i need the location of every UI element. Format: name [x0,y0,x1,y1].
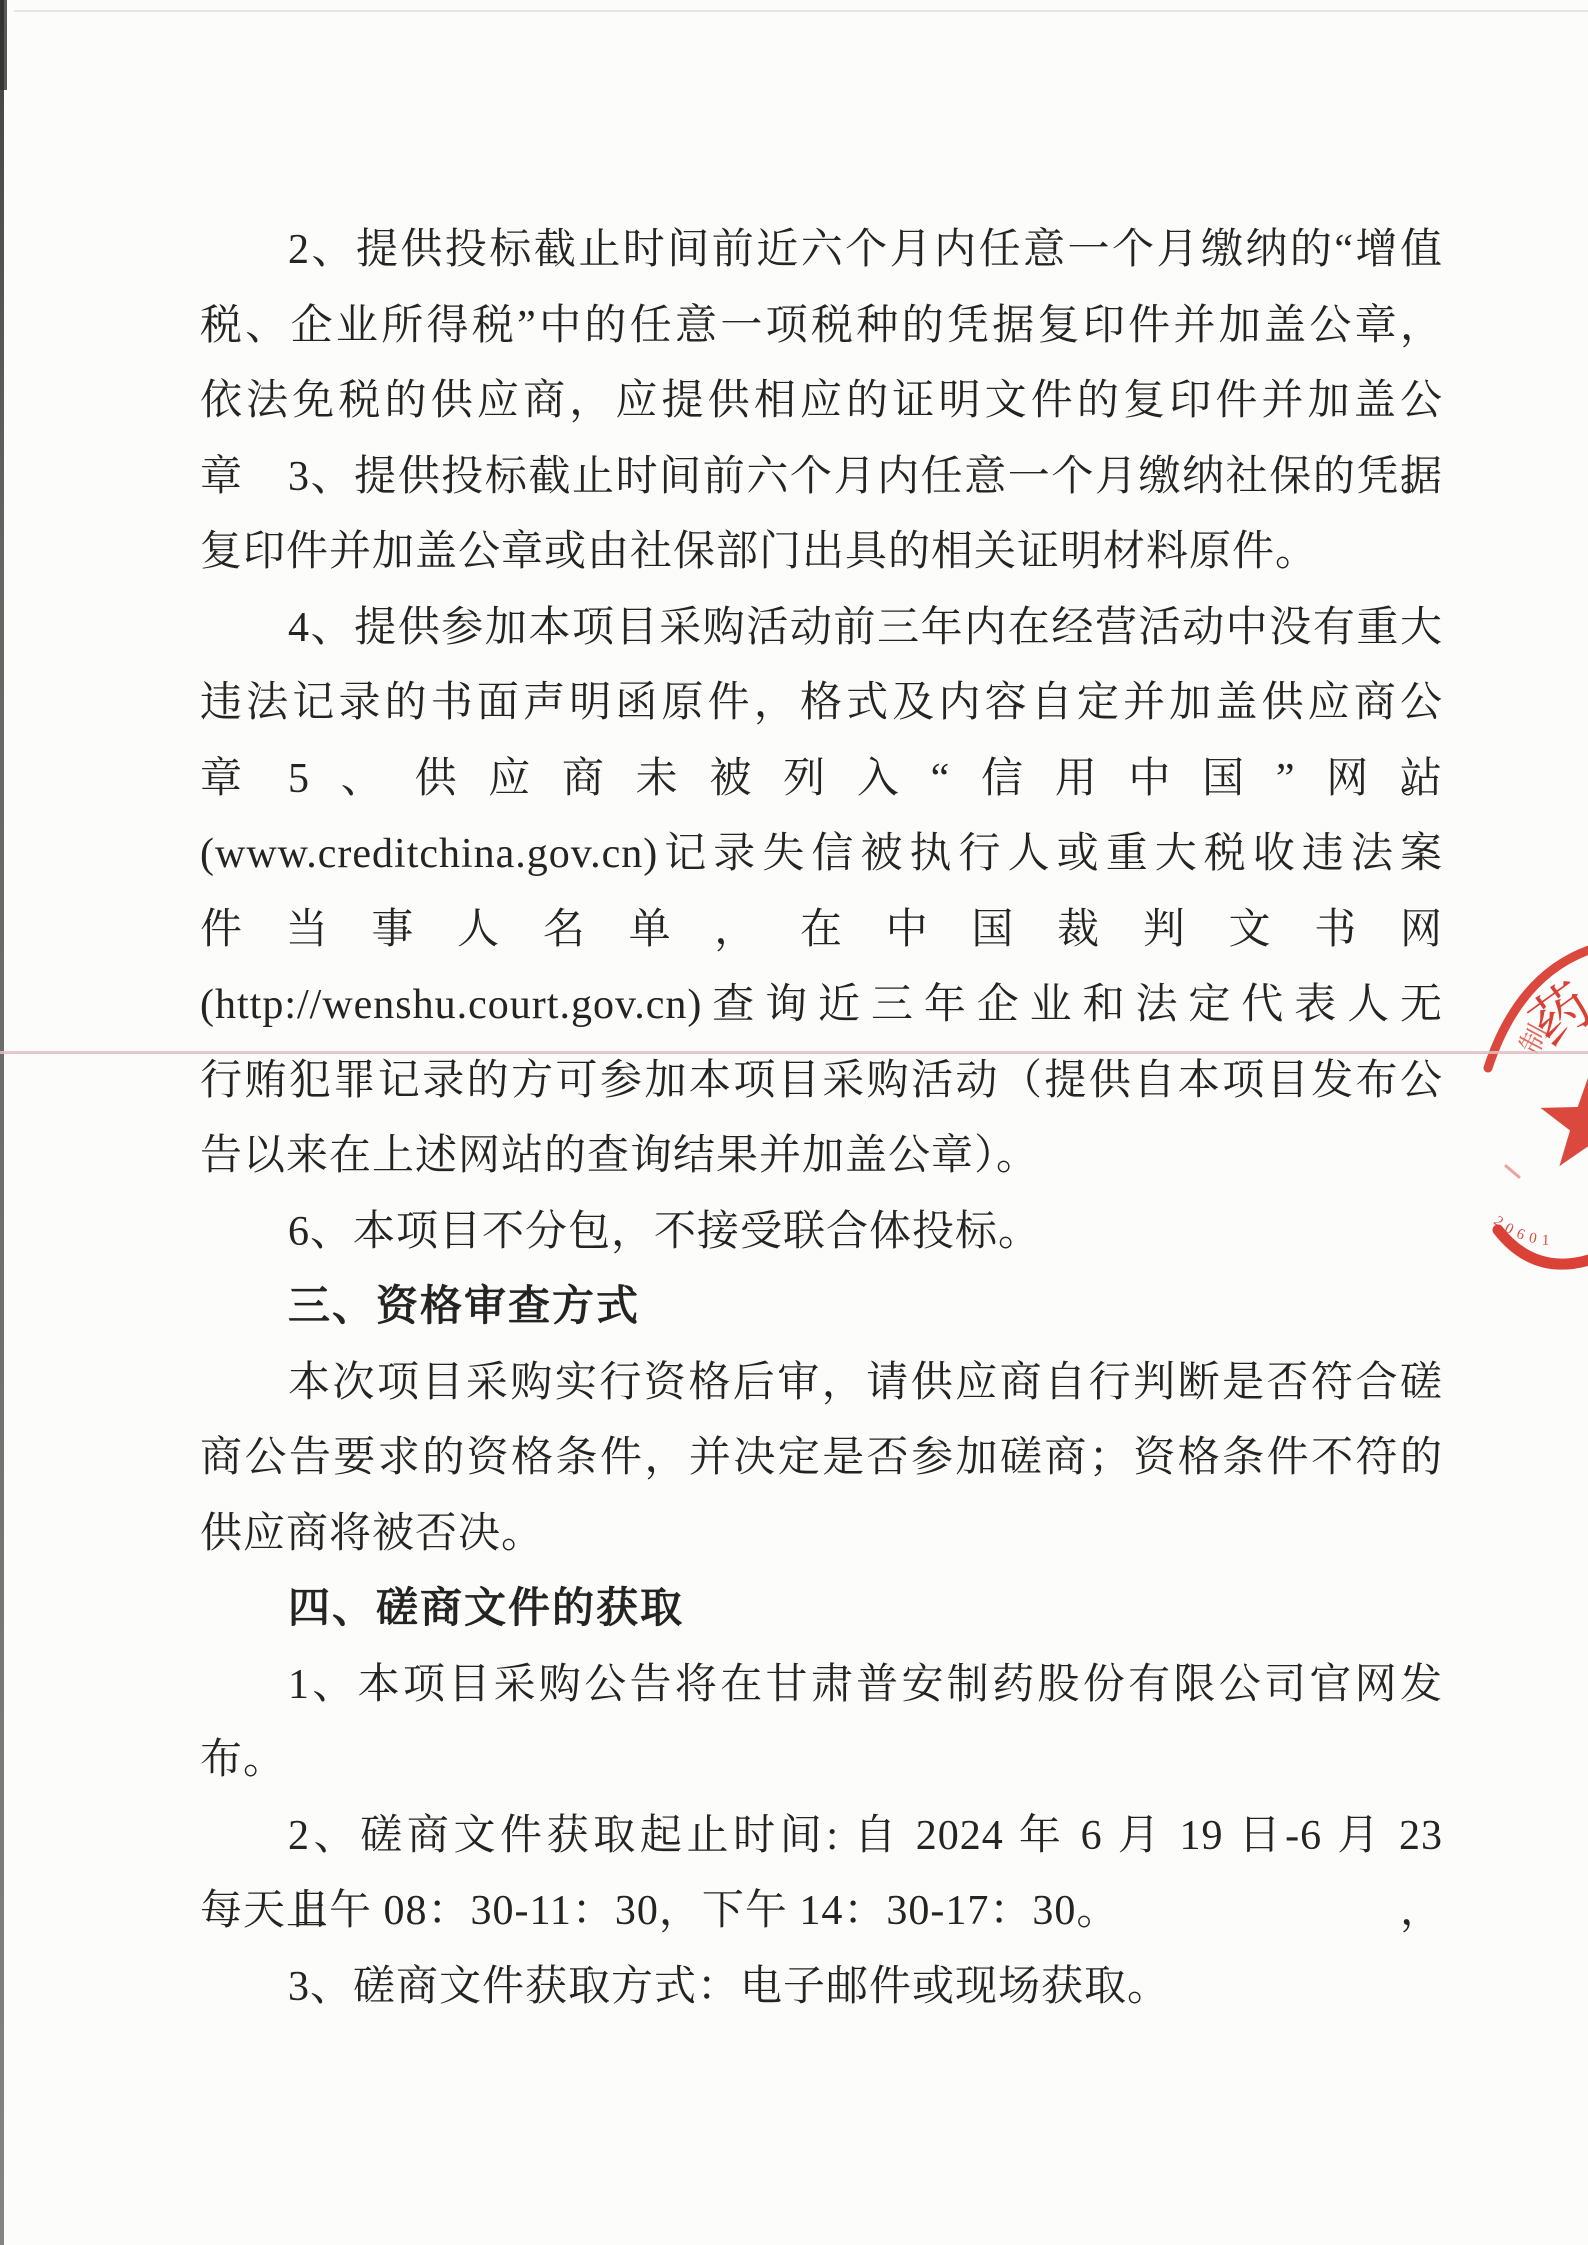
text-line: 3、提供投标截止时间前六个月内任意一个月缴纳社保的凭据 [200,440,1443,516]
text-line: 5、供应商未被列入“信用中国”网站 [200,742,1443,818]
seal-star-icon [1541,1072,1588,1166]
text-line: 2、提供投标截止时间前近六个月内任意一个月缴纳的“增值 [200,213,1443,289]
scan-left-edge-corner-artifact [0,0,7,90]
text-line: 复印件并加盖公章或由社保部门出具的相关证明材料原件。 [200,515,1443,591]
text-line: (http://wenshu.court.gov.cn)查询近三年企业和法定代表… [200,968,1443,1044]
company-seal-stamp: 药 制 20601 [1418,938,1588,1388]
text-line: 3、磋商文件获取方式：电子邮件或现场获取。 [200,1950,1443,2026]
text-line: 4、提供参加本项目采购活动前三年内在经营活动中没有重大 [200,591,1443,667]
document-body: 2、提供投标截止时间前近六个月内任意一个月缴纳的“增值 税、企业所得税”中的任意… [200,213,1443,2025]
text-line: 件当事人名单，在中国裁判文书网 [200,893,1443,969]
scan-left-edge-artifact [0,0,4,2245]
seal-ring-faded-fragment [1506,1166,1519,1177]
text-line: 布。 [200,1723,1443,1799]
text-line: 行贿犯罪记录的方可参加本项目采购活动（提供自本项目发布公 [200,1044,1443,1120]
seal-serial-number: 20601 [1491,1213,1556,1249]
seal-serial-number-wrap: 20601 [1491,1213,1556,1249]
scanned-document-page: 2、提供投标截止时间前近六个月内任意一个月缴纳的“增值 税、企业所得税”中的任意… [0,0,1588,2245]
scan-fold-line-artifact [0,1051,1588,1054]
scan-top-edge-artifact [14,10,1588,12]
section-heading: 四、磋商文件的获取 [200,1572,1443,1648]
text-line: 本次项目采购实行资格后审，请供应商自行判断是否符合磋 [200,1346,1443,1422]
text-line: 违法记录的书面声明函原件，格式及内容自定并加盖供应商公章。 [200,666,1443,742]
text-line: 告以来在上述网站的查询结果并加盖公章）。 [200,1119,1443,1195]
text-line: 2、磋商文件获取起止时间: 自 2024 年 6 月 19 日-6 月 23 日… [200,1799,1443,1875]
section-heading: 三、资格审查方式 [200,1270,1443,1346]
text-line: 供应商将被否决。 [200,1497,1443,1573]
text-line: 商公告要求的资格条件，并决定是否参加磋商；资格条件不符的 [200,1421,1443,1497]
text-line: 依法免税的供应商，应提供相应的证明文件的复印件并加盖公章。 [200,364,1443,440]
text-line: 1、本项目采购公告将在甘肃普安制药股份有限公司官网发 [200,1648,1443,1724]
text-line: 6、本项目不分包，不接受联合体投标。 [200,1195,1443,1271]
text-line: (www.creditchina.gov.cn)记录失信被执行人或重大税收违法案 [200,817,1443,893]
text-line: 税、企业所得税”中的任意一项税种的凭据复印件并加盖公章， [200,289,1443,365]
